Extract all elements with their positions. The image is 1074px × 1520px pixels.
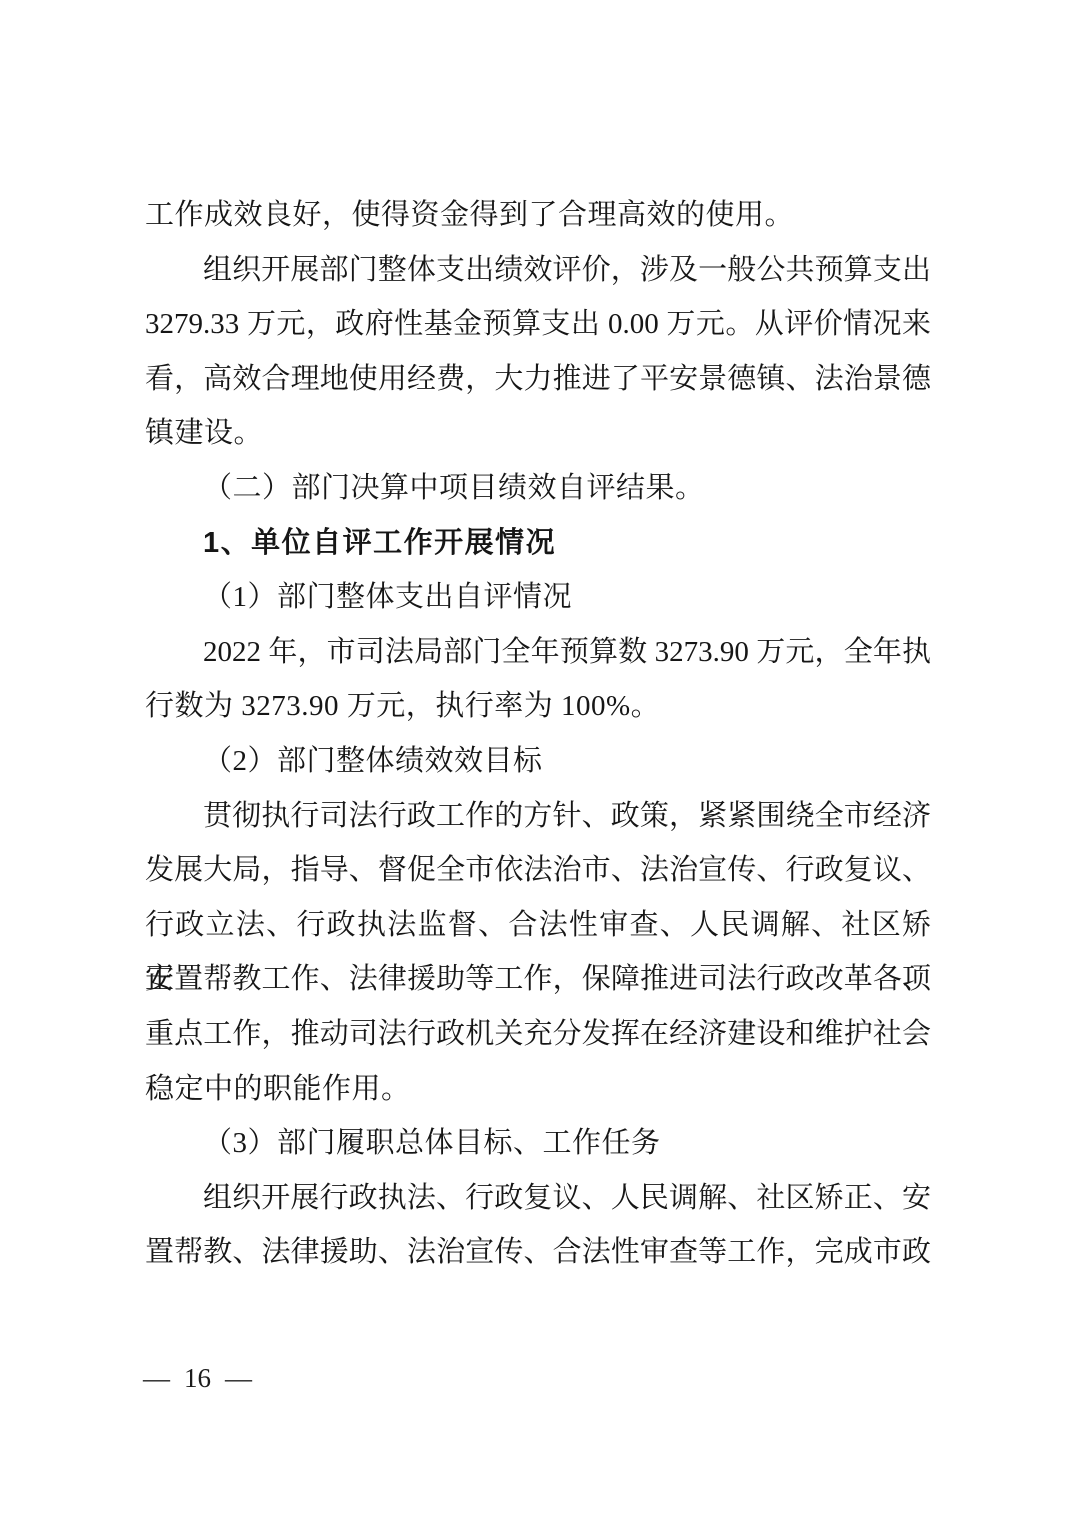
page-footer: — 16 — — [143, 1358, 252, 1398]
numbered-heading: 1、单位自评工作开展情况 — [145, 516, 931, 571]
body-line: 2022 年，市司法局部门全年预算数 3273.90 万元，全年执 — [145, 625, 931, 680]
body-line: 重点工作，推动司法行政机关充分发挥在经济建设和维护社会 — [145, 1007, 931, 1062]
body-line: 行政立法、行政执法监督、合法性审查、人民调解、社区矫正、 — [145, 898, 931, 953]
page-number: 16 — [184, 1358, 211, 1398]
body-line: 组织开展部门整体支出绩效评价，涉及一般公共预算支出 — [145, 243, 931, 298]
footer-left-dash: — — [143, 1358, 170, 1398]
body-line: 发展大局，指导、督促全市依法治市、法治宣传、行政复议、 — [145, 843, 931, 898]
section-heading: （二）部门决算中项目绩效自评结果。 — [145, 461, 931, 516]
document-page: 工作成效良好，使得资金得到了合理高效的使用。 组织开展部门整体支出绩效评价，涉及… — [0, 0, 1074, 1520]
body-line: 组织开展行政执法、行政复议、人民调解、社区矫正、安 — [145, 1171, 931, 1226]
sub-item-heading: （3）部门履职总体目标、工作任务 — [145, 1116, 931, 1171]
body-line: 贯彻执行司法行政工作的方针、政策，紧紧围绕全市经济 — [145, 789, 931, 844]
document-text-block: 工作成效良好，使得资金得到了合理高效的使用。 组织开展部门整体支出绩效评价，涉及… — [145, 188, 931, 1280]
body-line: 安置帮教工作、法律援助等工作，保障推进司法行政改革各项 — [145, 952, 931, 1007]
body-line: 工作成效良好，使得资金得到了合理高效的使用。 — [145, 188, 931, 243]
body-line: 行数为 3273.90 万元，执行率为 100%。 — [145, 679, 931, 734]
body-line: 置帮教、法律援助、法治宣传、合法性审查等工作，完成市政 — [145, 1225, 931, 1280]
body-line: 看，高效合理地使用经费，大力推进了平安景德镇、法治景德 — [145, 352, 931, 407]
body-line: 3279.33 万元，政府性基金预算支出 0.00 万元。从评价情况来 — [145, 297, 931, 352]
footer-right-dash: — — [225, 1358, 252, 1398]
body-line: 稳定中的职能作用。 — [145, 1062, 931, 1117]
sub-item-heading: （1）部门整体支出自评情况 — [145, 570, 931, 625]
body-line: 镇建设。 — [145, 406, 931, 461]
sub-item-heading: （2）部门整体绩效效目标 — [145, 734, 931, 789]
